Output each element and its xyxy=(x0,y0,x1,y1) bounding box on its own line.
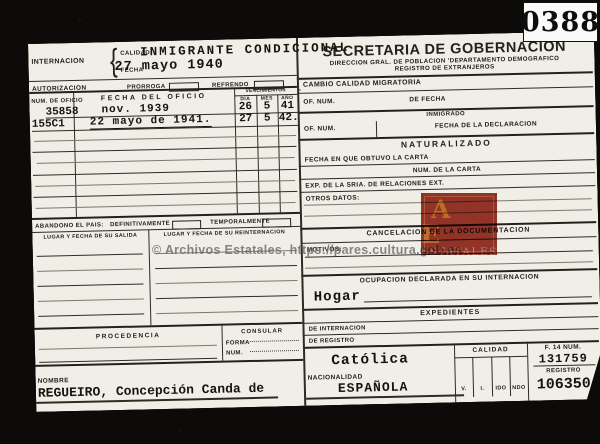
card-left-half: INTERNACION { CALIDAD FECHA INMIGRANTE C… xyxy=(28,38,304,412)
cambio-of-num-label: OF. NUM. xyxy=(303,98,335,106)
archivos-estatales-logo: A E ESTATALES xyxy=(421,193,497,255)
calidad-col-ido: IDO xyxy=(492,385,510,391)
salida-blank-rule xyxy=(38,298,144,301)
de-registro-label: DE REGISTRO xyxy=(309,338,355,346)
cambio-de-fecha-label: DE FECHA xyxy=(409,96,446,104)
definitivamente-label: DEFINITIVAMENTE xyxy=(110,221,170,229)
reinternacion-blank-rule xyxy=(155,265,297,269)
fecha-declaracion-label: FECHA DE LA DECLARACION xyxy=(378,119,594,131)
logo-frame xyxy=(424,196,494,252)
salida-blank-rule xyxy=(37,253,143,256)
registration-card: INTERNACION { CALIDAD FECHA INMIGRANTE C… xyxy=(28,31,600,412)
venc-ano: 42. xyxy=(278,112,300,124)
inmigrado-of-num-label: OF. NUM. xyxy=(304,125,336,133)
internacion-label: INTERNACION xyxy=(31,58,84,67)
calidad-col-v: V. xyxy=(455,386,473,392)
oficio-num: 155C1 xyxy=(32,118,65,131)
procedencia-label: PROCEDENCIA xyxy=(35,331,222,342)
registro-value: 106350 xyxy=(528,375,600,394)
consular-num-label: NUM. xyxy=(226,350,243,357)
consular-forma-label: FORMA xyxy=(226,340,250,347)
forma-dotted-line xyxy=(250,339,299,342)
watermark-text: © Archivos Estatales, https://pares.cult… xyxy=(152,244,462,257)
salida-header: LUGAR Y FECHA DE SU SALIDA xyxy=(32,233,148,242)
ocupacion-rule xyxy=(364,296,592,302)
venc-mes: 5 xyxy=(257,112,278,124)
calidad-box-label: CALIDAD xyxy=(454,346,527,355)
venc-ano: 41 xyxy=(277,100,297,112)
nombre-label: NOMBRE xyxy=(38,377,69,385)
venc-dia: 26 xyxy=(234,101,256,113)
reinternacion-blank-rule xyxy=(156,295,298,299)
calidad-col-i: I. xyxy=(473,386,492,392)
reinternacion-blank-rule xyxy=(156,310,298,314)
religion-value: Católica xyxy=(331,351,409,369)
temporalmente-label: TEMPORALMENTE xyxy=(210,219,270,227)
calidad-col-ndo: NDO xyxy=(510,385,528,391)
scanned-document-page: INTERNACION { CALIDAD FECHA INMIGRANTE C… xyxy=(0,0,600,444)
otros-datos-label: OTROS DATOS: xyxy=(306,195,360,203)
registro-label: REGISTRO xyxy=(527,367,599,375)
abandono-label: ABANDONO EL PAIS: xyxy=(35,222,104,230)
oficios-col-fecha-header: FECHA DEL OFICIO xyxy=(73,92,234,103)
motivos-blank-rule xyxy=(305,261,593,269)
ocupacion-value: Hogar xyxy=(314,289,361,306)
venc-mes: 5 xyxy=(256,100,277,112)
num-dotted-line xyxy=(250,349,299,352)
salida-blank-rule xyxy=(38,313,144,316)
salida-blank-rule xyxy=(37,283,143,286)
reinternacion-header: LUGAR Y FECHA DE SU REINTERNACION xyxy=(148,230,300,239)
nacionalidad-value: ESPAÑOLA xyxy=(338,379,409,396)
consular-label: CONSULAR xyxy=(222,328,303,336)
venc-dia: 27 xyxy=(235,113,257,125)
cambio-calidad-label: CAMBIO CALIDAD MIGRATORIA xyxy=(303,79,421,89)
fecha-value: 27 mayo 1940 xyxy=(114,58,224,75)
reinternacion-blank-rule xyxy=(155,280,297,284)
salida-blank-rule xyxy=(37,268,143,271)
procedencia-blank-rule xyxy=(39,345,217,350)
archive-number-stamp: 0388 xyxy=(523,2,598,42)
de-internacion-label: DE INTERNACION xyxy=(308,325,365,333)
